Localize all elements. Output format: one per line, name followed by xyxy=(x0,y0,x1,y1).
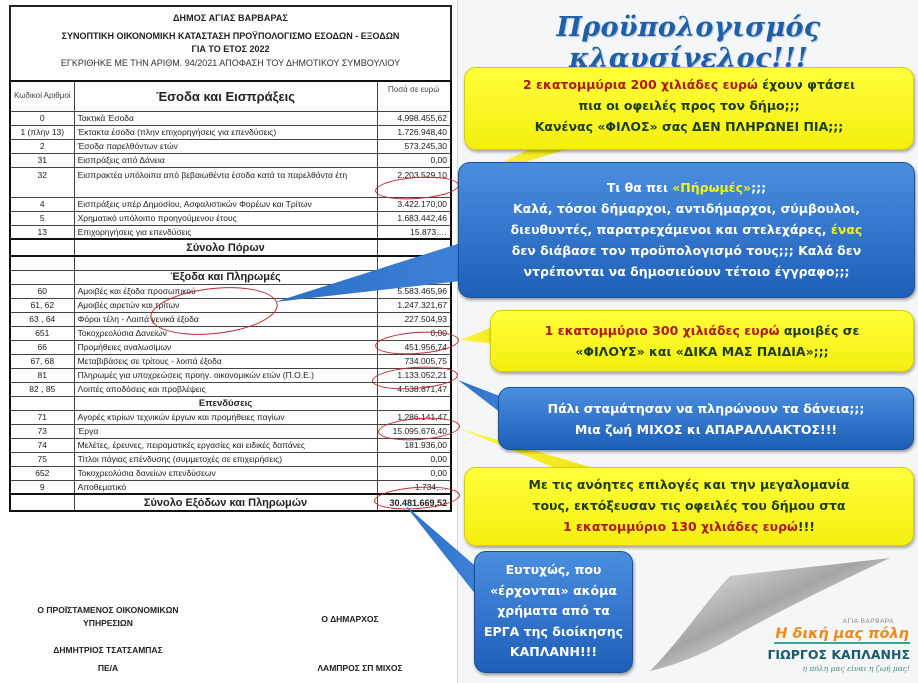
document-header: ΔΗΜΟΣ ΑΓΙΑΣ ΒΑΡΒΑΡΑΣ ΣΥΝΟΠΤΙΚΗ ΟΙΚΟΝΟΜΙΚ… xyxy=(9,5,452,81)
cell-description: Επενδύσεις xyxy=(74,396,377,410)
callout-debts-owed: 2 εκατομμύρια 200 χιλιάδες ευρώ έχουν φτ… xyxy=(464,67,914,150)
table-row: 4Εισπράξεις υπέρ Δημοσίου, Ασφαλιστικών … xyxy=(10,197,451,211)
cell-code: 2 xyxy=(10,139,74,153)
table-header-row: Κωδικοί Αριθμοί Έσοδα και Εισπράξεις Ποσ… xyxy=(10,81,451,111)
cell-description: Εισπράξεις από Δάνεια xyxy=(74,153,377,167)
cell-code: 9 xyxy=(10,480,74,494)
cell-code xyxy=(10,494,74,511)
cell-description: Τίτλοι πάγιας επένδυσης (συμμετοχές σε ε… xyxy=(74,452,377,466)
cell-description: Σύνολο Πόρων xyxy=(74,239,377,256)
callout-megalomania-end: !!! xyxy=(798,519,815,534)
callout-payments-line4: δεν διάβασε τον προϋπολογισμό τους;;; Κα… xyxy=(459,240,914,261)
cell-description: Επιχορηγήσεις για επενδύσεις xyxy=(74,225,377,239)
signature-left-title-line1: Ο ΠΡΟΪΣΤΑΜΕΝΟΣ ΟΙΚΟΝΟΜΙΚΩΝ xyxy=(18,605,198,615)
cell-code xyxy=(10,396,74,410)
cell-description: Πληρωμές για υποχρεώσεις προηγ. οικονομι… xyxy=(74,368,377,382)
cell-code: 1 (πλην 13) xyxy=(10,125,74,139)
callout-payments-line5: ντρέπονται να δημοσιεύουν τέτοιο έγγραφο… xyxy=(459,261,914,282)
revenue-total-row: Σύνολο Πόρων xyxy=(10,239,451,256)
cell-code: 4 xyxy=(10,197,74,211)
cell-description: Αποθεματικό xyxy=(74,480,377,494)
approval-note: ΕΓΚΡΙΘΗΚΕ ΜΕ ΤΗΝ ΑΡΙΘΜ. 94/2021 ΑΠΟΦΑΣΗ … xyxy=(11,58,450,68)
callout-loans-stopped: Πάλι σταμάτησαν να πληρώνουν τα δάνεια;;… xyxy=(498,387,914,450)
cell-amount: 573.245,30 xyxy=(377,139,451,153)
callout-payments-emphasis: ένας xyxy=(831,222,862,237)
callout-loans-line2: Μια ζωή ΜΙΧΟΣ κι ΑΠΑΡΑΛΛΑΚΤΟΣ!!! xyxy=(499,419,913,440)
cell-code: 32 xyxy=(10,167,74,197)
callout-payments-intro: Τι θα πει xyxy=(607,180,672,195)
cell-description: Προμήθειες αναλωσίμων xyxy=(74,340,377,354)
cell-code xyxy=(10,270,74,284)
callout-megalomania-amount: 1 εκατομμύριο 130 χιλιάδες ευρώ xyxy=(563,519,798,534)
cell-amount: 1.726.948,40 xyxy=(377,125,451,139)
document-heading: ΣΥΝΟΠΤΙΚΗ ΟΙΚΟΝΟΜΙΚΗ ΚΑΤΑΣΤΑΣΗ ΠΡΟΫΠΟΛΟΓ… xyxy=(11,31,450,41)
cell-description: Λοιπές αποδόσεις και προβλέψεις xyxy=(74,382,377,396)
callout-megalomania-line2: τους, εκτόξευσαν τις οφειλές του δήμου σ… xyxy=(465,495,913,516)
callout-fees-friends: 1 εκατομμύριο 300 χιλιάδες ευρώ αμοιβές … xyxy=(490,310,914,372)
cell-description xyxy=(74,256,377,270)
cell-description: Εισπρακτέα υπόλοιπα από βεβαιωθέντα έσοδ… xyxy=(74,167,377,197)
investments-section-row: Επενδύσεις xyxy=(10,396,451,410)
cell-code: 0 xyxy=(10,111,74,125)
cell-code: 82 , 85 xyxy=(10,382,74,396)
callout-fees-line2: «ΦΙΛΟΥΣ» και «ΔΙΚΑ ΜΑΣ ΠΑΙΔΙΑ»;;; xyxy=(491,341,913,362)
cell-code: 63 , 64 xyxy=(10,312,74,326)
callout-megalomania: Με τις ανόητες επιλογές και την μεγαλομα… xyxy=(464,467,914,546)
callout-payments-quoted: «Πήρωμές» xyxy=(672,180,751,195)
cell-code: 73 xyxy=(10,424,74,438)
cell-amount xyxy=(377,256,451,270)
callout-projects-funding: Ευτυχώς, που «έρχονται» ακόμα χρήματα απ… xyxy=(474,551,633,673)
cell-description: Χρηματικό υπόλοιπο προηγούμενου έτους xyxy=(74,211,377,225)
cell-description: Τοκοχρεολύσια δανείων επενδύσεων xyxy=(74,466,377,480)
cell-code: 651 xyxy=(10,326,74,340)
logo-candidate-name: ΓΙΩΡΓΟΣ ΚΑΠΛΑΝΗΣ xyxy=(735,647,910,662)
callout-projects-line5: ΚΑΠΛΑΝΗ!!! xyxy=(475,642,632,663)
table-row: 31Εισπράξεις από Δάνεια0,00 xyxy=(10,153,451,167)
callout-debts-amount: 2 εκατομμύρια 200 χιλιάδες ευρώ xyxy=(523,77,758,92)
callout-projects-line1: Ευτυχώς, που xyxy=(475,560,632,581)
callout-debts-line2: πια οι οφειλές προς τον δήμο;;; xyxy=(465,95,913,116)
table-row: 74Μελέτες, έρευνες, πειραματικές εργασίε… xyxy=(10,438,451,452)
logo-tagline: η πόλη μας είναι η ζωή μας! xyxy=(735,664,910,673)
cell-code: 61, 62 xyxy=(10,298,74,312)
cell-amount xyxy=(377,270,451,284)
callout-debts-line3: Κανένας «ΦΙΛΟΣ» σας ΔΕΝ ΠΛΗΡΩΝΕΙ ΠΙΑ;;; xyxy=(465,116,913,137)
cell-code xyxy=(10,239,74,256)
cell-code: 67, 68 xyxy=(10,354,74,368)
cell-description: Έργα xyxy=(74,424,377,438)
cell-code: 60 xyxy=(10,284,74,298)
callout-payments-line3: διευθυντές, παρατρεχάμενοι και στελεχάρε… xyxy=(511,222,831,237)
cell-amount: 734.005,75 xyxy=(377,354,451,368)
poster-title: Προϋπολογισμός κλαυσίγελος!!! xyxy=(466,12,911,74)
cell-amount: 0,00 xyxy=(377,153,451,167)
cell-code: 74 xyxy=(10,438,74,452)
table-row: 652Τοκοχρεολύσια δανείων επενδύσεων0,00 xyxy=(10,466,451,480)
cell-amount: 0,00 xyxy=(377,466,451,480)
cell-amount: 5.583.465,96 xyxy=(377,284,451,298)
cell-description: Σύνολο Εξόδων και Πληρωμών xyxy=(74,494,377,511)
callout-projects-line2: «έρχονται» ακόμα xyxy=(475,581,632,602)
cell-code: 5 xyxy=(10,211,74,225)
table-row: 5Χρηματικό υπόλοιπο προηγούμενου έτους1.… xyxy=(10,211,451,225)
callout-fees-text: αμοιβές σε xyxy=(779,323,859,338)
callout-payments-intro-end: ;;; xyxy=(751,180,766,195)
callout-fees-amount: 1 εκατομμύριο 300 χιλιάδες ευρώ xyxy=(545,323,780,338)
signature-left-title: Ο ΠΡΟΪΣΤΑΜΕΝΟΣ ΟΙΚΟΝΟΜΙΚΩΝ ΥΠΗΡΕΣΙΩΝ xyxy=(18,605,198,628)
column-header-amount: Ποσά σε ευρώ xyxy=(377,81,451,111)
cell-code: 81 xyxy=(10,368,74,382)
table-row: 67, 68Μεταβιβάσεις σε τρίτους - λοιπά έξ… xyxy=(10,354,451,368)
cell-amount: 15.873.… xyxy=(377,225,451,239)
column-header-revenue: Έσοδα και Εισπράξεις xyxy=(74,81,377,111)
cell-amount: 1.247.321,67 xyxy=(377,298,451,312)
logo-slogan: Η δική μας πόλη xyxy=(774,626,910,644)
budget-document: ΔΗΜΟΣ ΑΓΙΑΣ ΒΑΡΒΑΡΑΣ ΣΥΝΟΠΤΙΚΗ ΟΙΚΟΝΟΜΙΚ… xyxy=(0,0,458,683)
signature-right-name: ΛΑΜΠΡΟΣ ΣΠ ΜΙΧΟΣ xyxy=(290,663,430,673)
callout-megalomania-line1: Με τις ανόητες επιλογές και την μεγαλομα… xyxy=(465,474,913,495)
cell-description: Μελέτες, έρευνες, πειραματικές εργασίες … xyxy=(74,438,377,452)
callout-loans-line1: Πάλι σταμάτησαν να πληρώνουν τα δάνεια;;… xyxy=(499,398,913,419)
table-row: 0Τακτικά Έσοδα4.998.455,62 xyxy=(10,111,451,125)
logo-place: ΑΓΙΑ ΒΑΡΒΑΡΑ xyxy=(735,618,894,625)
table-row: 75Τίτλοι πάγιας επένδυσης (συμμετοχές σε… xyxy=(10,452,451,466)
campaign-logo: ΑΓΙΑ ΒΑΡΒΑΡΑ Η δική μας πόλη ΓΙΩΡΓΟΣ ΚΑΠ… xyxy=(735,618,910,673)
cell-description: Αγορές κτιρίων τεχνικών έργων και προμήθ… xyxy=(74,410,377,424)
signature-left-name: ΔΗΜΗΤΡΙΟΣ ΤΣΑΤΣΑΜΠΑΣ xyxy=(28,645,188,655)
table-row: 13Επιχορηγήσεις για επενδύσεις15.873.… xyxy=(10,225,451,239)
cell-code: 31 xyxy=(10,153,74,167)
cell-description: Μεταβιβάσεις σε τρίτους - λοιπά έξοδα xyxy=(74,354,377,368)
cell-amount: 227.504,93 xyxy=(377,312,451,326)
cell-description: Εισπράξεις υπέρ Δημοσίου, Ασφαλιστικών Φ… xyxy=(74,197,377,211)
cell-code: 71 xyxy=(10,410,74,424)
cell-description: Έκτακτα έσοδα (πλην επιχορηγήσεις για επ… xyxy=(74,125,377,139)
cell-code: 75 xyxy=(10,452,74,466)
cell-amount xyxy=(377,239,451,256)
cell-code: 13 xyxy=(10,225,74,239)
callout-payments-line2: Καλά, τόσοι δήμαρχοι, αντιδήμαρχοι, σύμβ… xyxy=(459,198,914,219)
callout-projects-line3: χρήματα από τα xyxy=(475,601,632,622)
table-row: 71Αγορές κτιρίων τεχνικών έργων και προμ… xyxy=(10,410,451,424)
signature-left-role: ΠΕ/Α xyxy=(28,663,188,673)
table-row: 2Έσοδα παρελθόντων ετών573.245,30 xyxy=(10,139,451,153)
cell-code: 66 xyxy=(10,340,74,354)
cell-amount xyxy=(377,396,451,410)
callout-debts-text: έχουν φτάσει xyxy=(758,77,855,92)
table-row: 1 (πλην 13)Έκτακτα έσοδα (πλην επιχορηγή… xyxy=(10,125,451,139)
signature-left-title-line2: ΥΠΗΡΕΣΙΩΝ xyxy=(18,618,198,628)
cell-amount: 4.998.455,62 xyxy=(377,111,451,125)
cell-amount: 1.683.442,46 xyxy=(377,211,451,225)
cell-code xyxy=(10,256,74,270)
municipality-name: ΔΗΜΟΣ ΑΓΙΑΣ ΒΑΡΒΑΡΑΣ xyxy=(11,13,450,23)
document-year: ΓΙΑ ΤΟ ΕΤΟΣ 2022 xyxy=(11,44,450,54)
spacer-row xyxy=(10,256,451,270)
cell-description: Έξοδα και Πληρωμές xyxy=(74,270,377,284)
cell-code: 652 xyxy=(10,466,74,480)
cell-description: Έσοδα παρελθόντων ετών xyxy=(74,139,377,153)
expense-section-row: Έξοδα και Πληρωμές xyxy=(10,270,451,284)
signature-right-title: Ο ΔΗΜΑΡΧΟΣ xyxy=(290,614,410,624)
cell-description: Τακτικά Έσοδα xyxy=(74,111,377,125)
callout-projects-line4: ΕΡΓΑ της διοίκησης xyxy=(475,622,632,643)
cell-amount: 0,00 xyxy=(377,452,451,466)
callout-payments-question: Τι θα πει «Πήρωμές»;;; Καλά, τόσοι δήμαρ… xyxy=(458,162,915,298)
column-header-code: Κωδικοί Αριθμοί xyxy=(10,81,74,111)
